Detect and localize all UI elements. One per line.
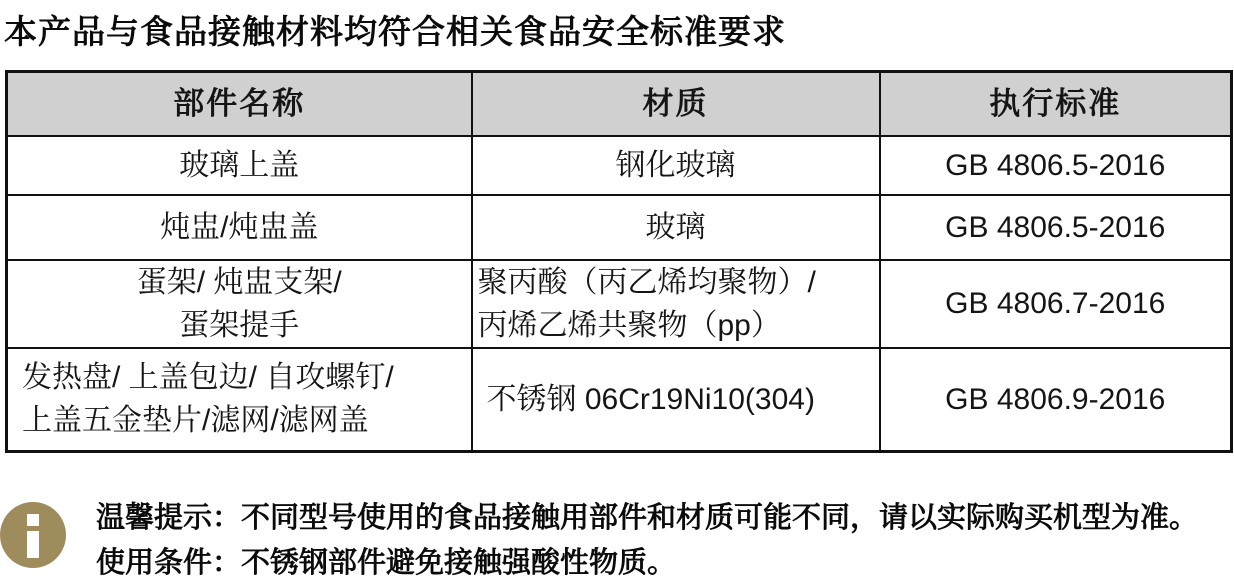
note: 温馨提示：不同型号使用的食品接触用部件和材质可能不同，请以实际购买机型为准。 使… bbox=[0, 496, 1234, 578]
column-header-standard: 执行标准 bbox=[880, 72, 1232, 136]
page-title: 本产品与食品接触材料均符合相关食品安全标准要求 bbox=[4, 6, 786, 53]
info-icon bbox=[0, 502, 66, 568]
note-line-usage: 使用条件：不锈钢部件避免接触强酸性物质。 bbox=[96, 541, 1198, 578]
table-row: 炖盅/炖盅盖 玻璃 GB 4806.5-2016 bbox=[7, 195, 1232, 260]
cell-part-name: 蛋架/ 炖盅支架/ 蛋架提手 bbox=[7, 260, 472, 348]
cell-line: 玻璃 bbox=[473, 206, 879, 249]
info-icon-dot bbox=[27, 514, 39, 526]
cell-standard: GB 4806.7-2016 bbox=[880, 260, 1232, 348]
cell-line: 蛋架/ 炖盅支架/ bbox=[8, 261, 471, 304]
table-row: 发热盘/ 上盖包边/ 自攻螺钉/ 上盖五金垫片/滤网/滤网盖 不锈钢 06Cr1… bbox=[7, 348, 1232, 452]
cell-line: 不锈钢 06Cr19Ni10(304) bbox=[487, 378, 879, 421]
cell-line: 玻璃上盖 bbox=[8, 144, 471, 187]
cell-part-name: 玻璃上盖 bbox=[7, 136, 472, 195]
cell-standard: GB 4806.5-2016 bbox=[880, 136, 1232, 195]
table-header-row: 部件名称 材质 执行标准 bbox=[7, 72, 1232, 136]
cell-standard: GB 4806.9-2016 bbox=[880, 348, 1232, 452]
cell-line: 丙烯乙烯共聚物（pp） bbox=[478, 304, 879, 347]
cell-line: 聚丙酸（丙乙烯均聚物）/ bbox=[478, 261, 879, 304]
cell-material: 钢化玻璃 bbox=[472, 136, 880, 195]
column-header-part-name: 部件名称 bbox=[7, 72, 472, 136]
cell-material: 不锈钢 06Cr19Ni10(304) bbox=[472, 348, 880, 452]
cell-line: GB 4806.5-2016 bbox=[881, 144, 1231, 187]
cell-part-name: 炖盅/炖盅盖 bbox=[7, 195, 472, 260]
cell-line: 炖盅/炖盅盖 bbox=[8, 206, 471, 249]
cell-line: 钢化玻璃 bbox=[473, 144, 879, 187]
materials-compliance-table: 部件名称 材质 执行标准 玻璃上盖 钢化玻璃 GB 4806.5-2016 炖盅… bbox=[5, 70, 1233, 453]
cell-standard: GB 4806.5-2016 bbox=[880, 195, 1232, 260]
cell-line: 蛋架提手 bbox=[8, 304, 471, 347]
cell-line: GB 4806.9-2016 bbox=[881, 378, 1231, 421]
note-line-tips: 温馨提示：不同型号使用的食品接触用部件和材质可能不同，请以实际购买机型为准。 bbox=[96, 496, 1198, 541]
cell-material: 聚丙酸（丙乙烯均聚物）/ 丙烯乙烯共聚物（pp） bbox=[472, 260, 880, 348]
cell-material: 玻璃 bbox=[472, 195, 880, 260]
cell-line: 发热盘/ 上盖包边/ 自攻螺钉/ bbox=[22, 356, 471, 399]
info-icon-stem bbox=[27, 531, 39, 558]
note-text: 温馨提示：不同型号使用的食品接触用部件和材质可能不同，请以实际购买机型为准。 使… bbox=[96, 496, 1198, 578]
table-row: 蛋架/ 炖盅支架/ 蛋架提手 聚丙酸（丙乙烯均聚物）/ 丙烯乙烯共聚物（pp） … bbox=[7, 260, 1232, 348]
cell-line: GB 4806.5-2016 bbox=[881, 206, 1231, 249]
column-header-material: 材质 bbox=[472, 72, 880, 136]
cell-line: GB 4806.7-2016 bbox=[881, 282, 1231, 325]
page: 本产品与食品接触材料均符合相关食品安全标准要求 部件名称 材质 执行标准 玻璃上… bbox=[0, 0, 1234, 578]
table-row: 玻璃上盖 钢化玻璃 GB 4806.5-2016 bbox=[7, 136, 1232, 195]
cell-line: 上盖五金垫片/滤网/滤网盖 bbox=[22, 399, 471, 442]
cell-part-name: 发热盘/ 上盖包边/ 自攻螺钉/ 上盖五金垫片/滤网/滤网盖 bbox=[7, 348, 472, 452]
